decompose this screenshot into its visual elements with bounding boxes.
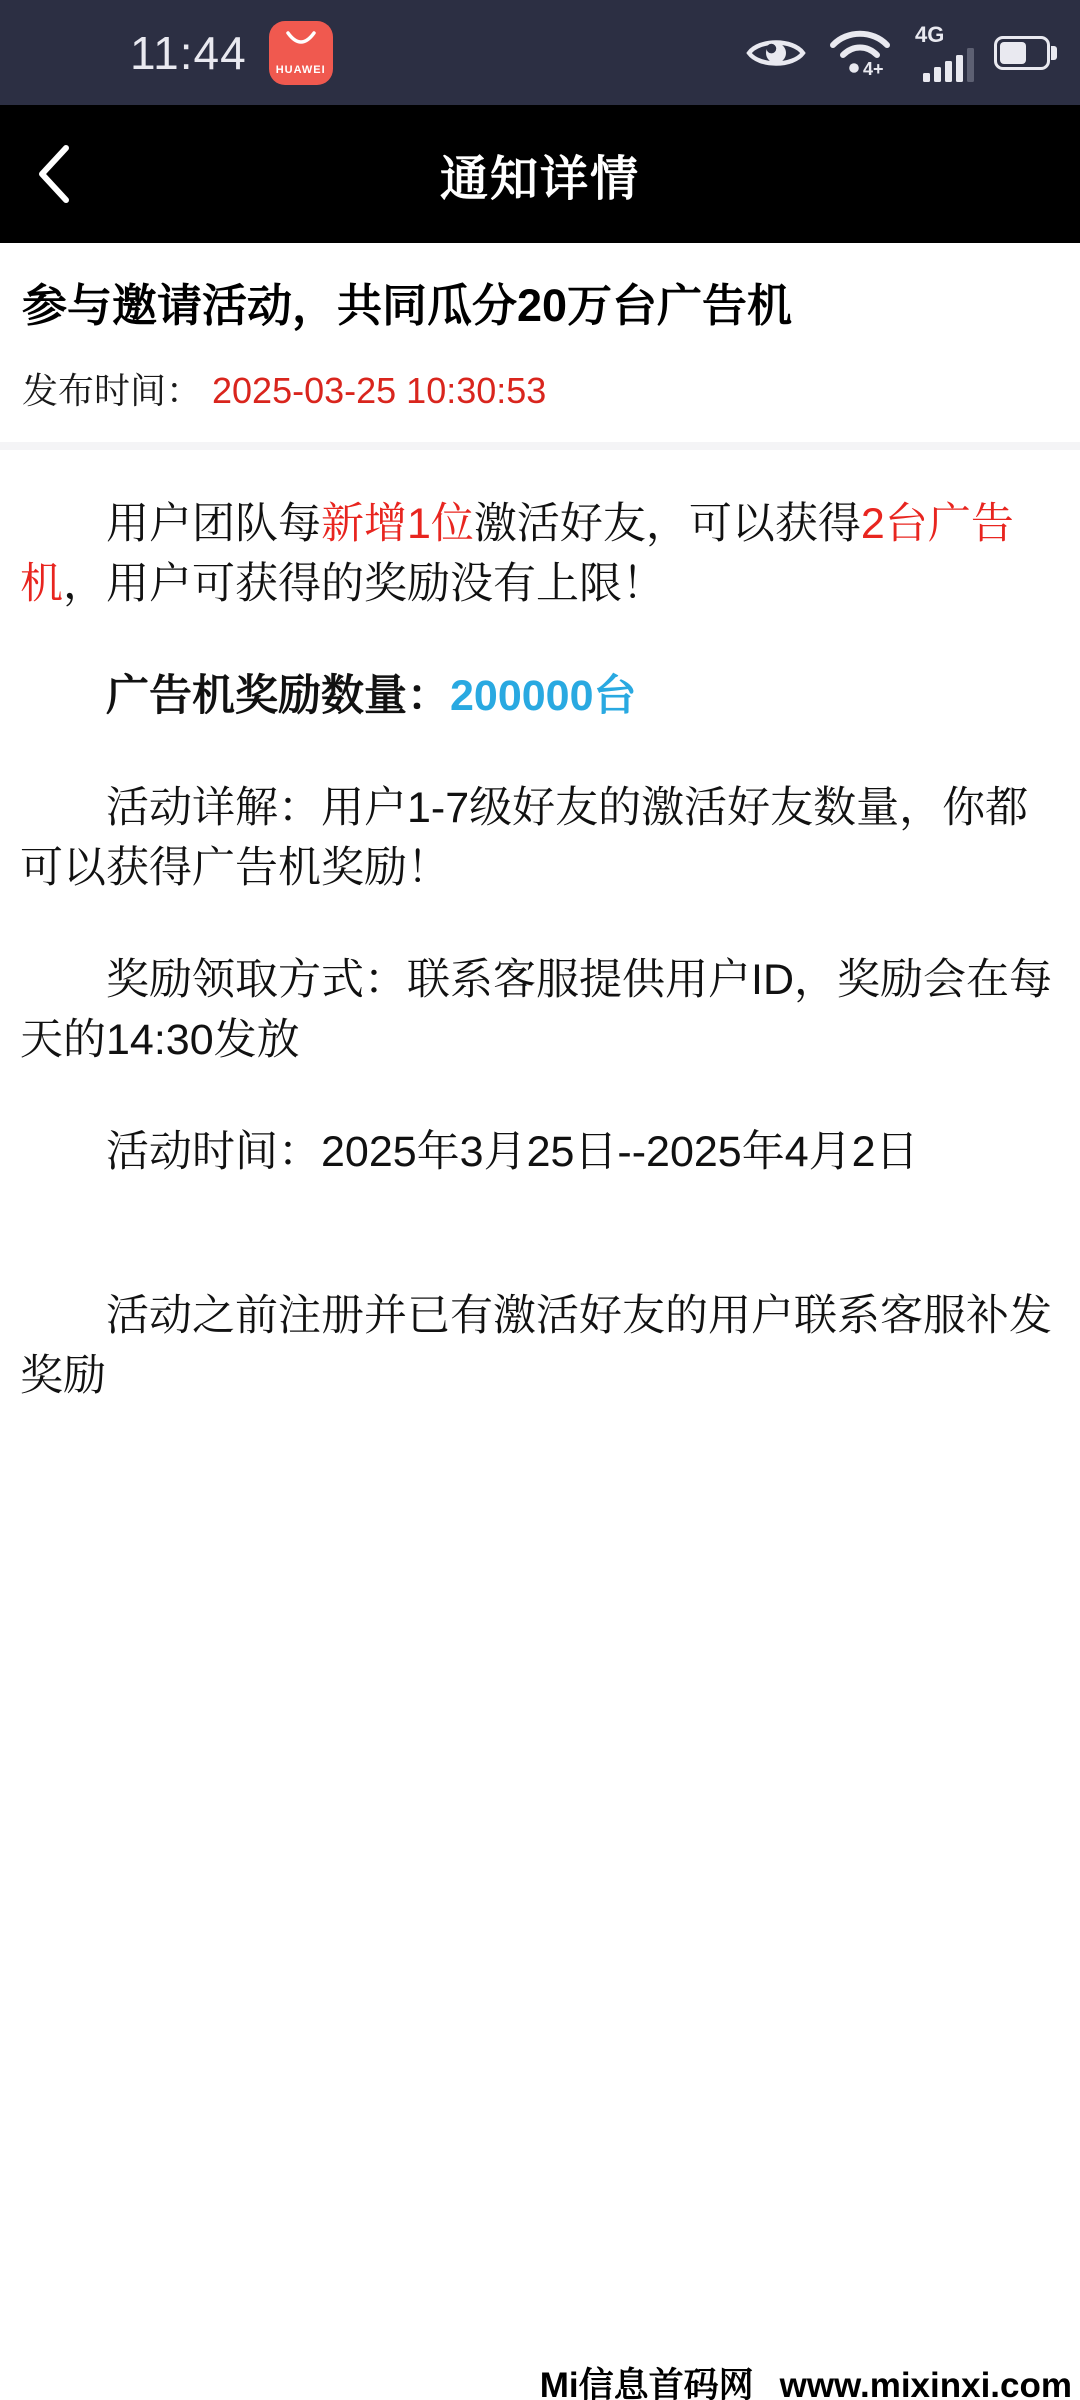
publish-time: 2025-03-25 10:30:53 — [212, 370, 546, 411]
battery-icon — [994, 36, 1050, 70]
signal-bars-icon — [923, 48, 974, 82]
appgallery-badge-icon: HUAWEI — [269, 21, 333, 85]
article-paragraph: 活动详解：用户1-7级好友的激活好友数量，你都可以获得广告机奖励！ — [20, 778, 1060, 898]
article-paragraph: 用户团队每新增1位激活好友，可以获得2台广告机，用户可获得的奖励没有上限！ — [20, 494, 1060, 614]
back-chevron-icon — [34, 142, 74, 206]
eye-comfort-icon — [745, 32, 807, 74]
network-type-label: 4G — [915, 24, 944, 46]
nav-header: 通知详情 — [0, 105, 1080, 243]
divider — [0, 442, 1080, 450]
article-body: 用户团队每新增1位激活好友，可以获得2台广告机，用户可获得的奖励没有上限！ 广告… — [20, 494, 1060, 1406]
article-paragraph: 活动之前注册并已有激活好友的用户联系客服补发奖励 — [20, 1286, 1060, 1406]
status-bar: 11:44 HUAWEI 4+ — [0, 0, 1080, 105]
publish-row: 发布时间：2025-03-25 10:30:53 — [22, 363, 1058, 414]
bag-handle-icon — [284, 29, 318, 49]
phone-screen: 11:44 HUAWEI 4+ — [0, 0, 1080, 2400]
watermark-site-name: Mi信息首码网 — [540, 2366, 754, 2400]
status-time: 11:44 — [130, 26, 247, 80]
back-button[interactable] — [34, 134, 94, 214]
article-paragraph: 奖励领取方式：联系客服提供用户ID，奖励会在每天的14:30发放 — [20, 950, 1060, 1070]
page-title: 通知详情 — [440, 140, 640, 209]
article-title: 参与邀请活动，共同瓜分20万台广告机 — [22, 279, 1058, 333]
watermark: Mi信息首码网www.mixinxi.com — [540, 2358, 1072, 2400]
article-paragraph: 广告机奖励数量：200000台 — [20, 666, 1060, 726]
wifi-icon: 4+ — [827, 27, 893, 79]
publish-label: 发布时间： — [22, 370, 202, 411]
article-paragraph: 活动时间：2025年3月25日--2025年4月2日 — [20, 1122, 1060, 1182]
article: 参与邀请活动，共同瓜分20万台广告机 发布时间：2025-03-25 10:30… — [0, 279, 1080, 1406]
signal-icon: 4G — [913, 24, 974, 82]
watermark-url: www.mixinxi.com — [780, 2366, 1072, 2400]
appgallery-badge-label: HUAWEI — [276, 64, 326, 76]
wifi-sub-label: 4+ — [863, 59, 884, 79]
